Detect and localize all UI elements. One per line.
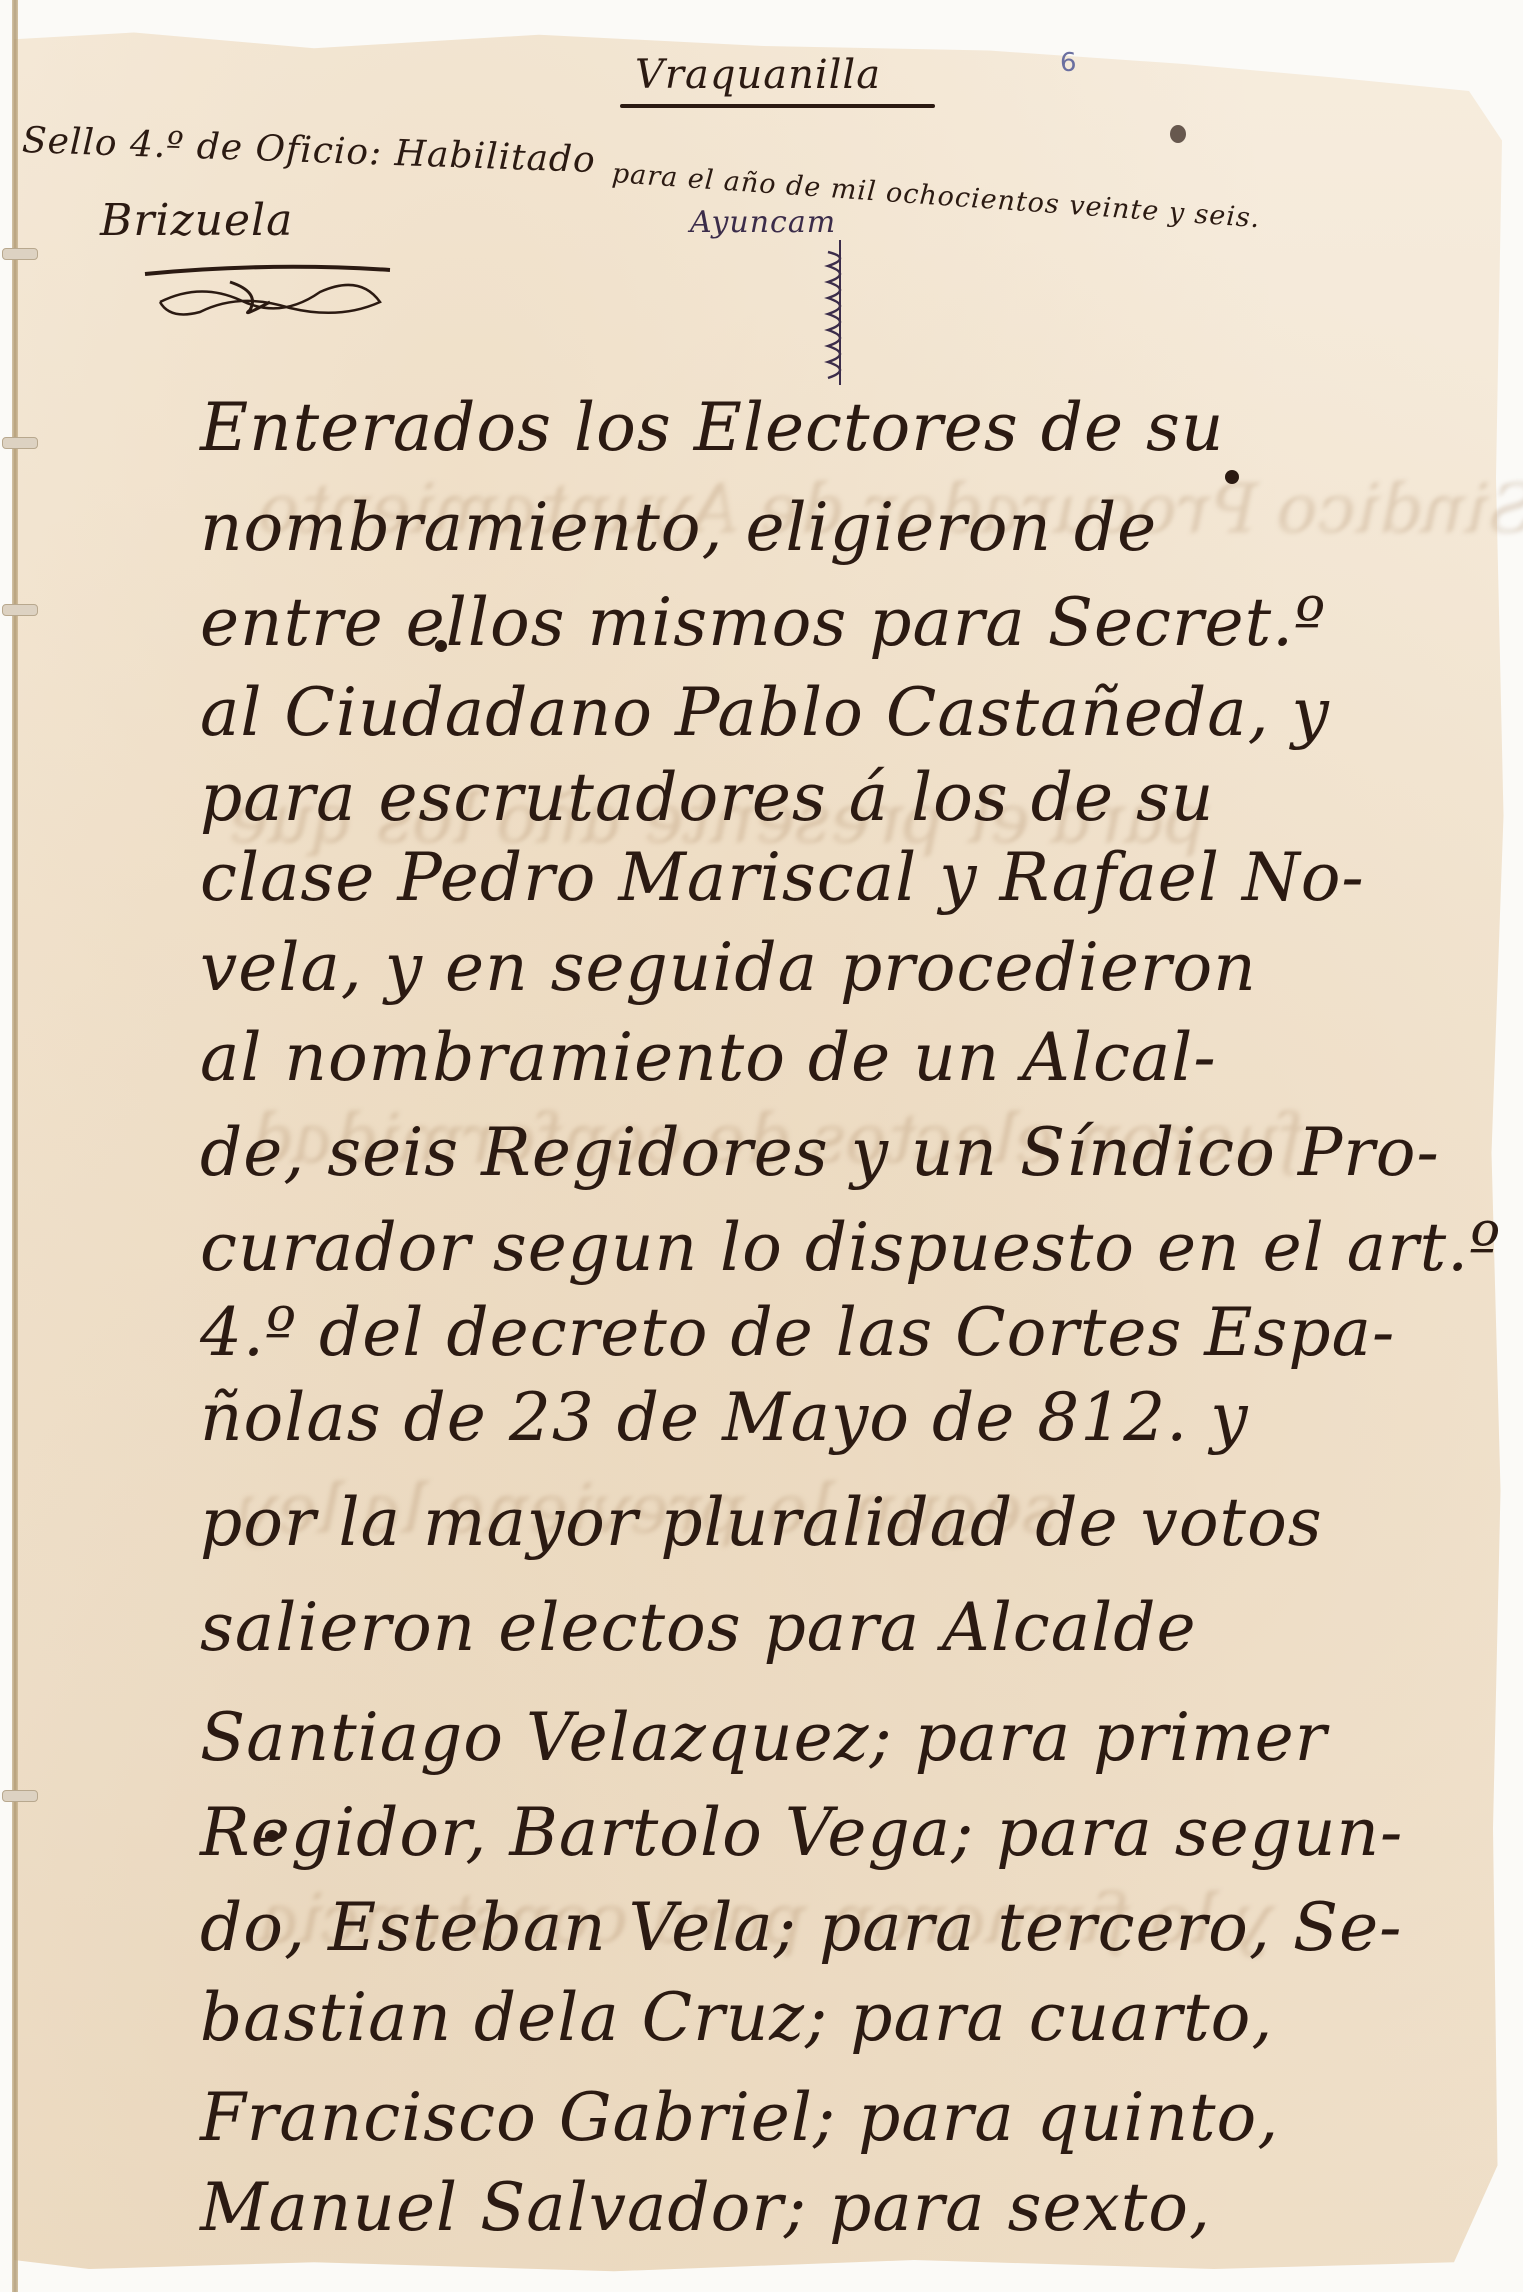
binding-thread: [12, 0, 18, 2292]
signer-name: Brizuela: [100, 195, 293, 246]
binding-stitch: [2, 604, 38, 616]
ink-blot: [265, 1830, 279, 1842]
body-line: entre ellos mismos para Secret.º: [200, 590, 1326, 656]
body-line: bastian dela Cruz; para cuarto,: [200, 1985, 1273, 2051]
heading-underline: [620, 104, 935, 108]
body-line: Enterados los Electores de su: [200, 395, 1224, 461]
body-line: Francisco Gabriel; para quinto,: [200, 2085, 1279, 2151]
binding-stitch: [2, 437, 38, 449]
body-line: 4.º del decreto de las Cortes Espa-: [200, 1300, 1395, 1366]
body-line: Santiago Velazquez; para primer: [200, 1705, 1327, 1771]
body-line: ñolas de 23 de Mayo de 812. y: [200, 1385, 1249, 1451]
body-line: Manuel Salvador; para sexto,: [200, 2175, 1211, 2241]
body-line: Regidor, Bartolo Vega; para segun-: [200, 1800, 1403, 1866]
body-line: nombramiento, eligieron de: [200, 495, 1157, 561]
body-line: salieron electos para Alcalde: [200, 1595, 1197, 1661]
binding-stitch: [2, 248, 38, 260]
ink-blot: [1170, 125, 1186, 143]
ink-blot: [1225, 470, 1239, 484]
body-line: curador segun lo dispuesto en el art.º: [200, 1215, 1501, 1281]
folio-number: 6: [1060, 48, 1077, 78]
document-scan: Sindico Procurador de Ayuntamiento para …: [0, 0, 1523, 2292]
rubric-mark-icon: [820, 240, 860, 385]
body-line: do, Esteban Vela; para tercero, Se-: [200, 1895, 1402, 1961]
body-line: vela, y en seguida procedieron: [200, 935, 1257, 1001]
binding-stitch: [2, 1790, 38, 1802]
body-line: para escrutadores á los de su: [200, 765, 1214, 831]
ink-blot: [435, 640, 447, 652]
auxiliary-signature: Ayuncam: [690, 205, 836, 240]
body-line: de, seis Regidores y un Síndico Pro-: [200, 1120, 1440, 1186]
page-heading: Vraquanilla: [635, 52, 881, 98]
body-line: al nombramiento de un Alcal-: [200, 1025, 1217, 1091]
body-line: al Ciudadano Pablo Castañeda, y: [200, 680, 1330, 746]
body-line: clase Pedro Mariscal y Rafael No-: [200, 845, 1365, 911]
signature-flourish-icon: [140, 262, 400, 322]
body-line: por la mayor pluralidad de votos: [200, 1490, 1323, 1556]
